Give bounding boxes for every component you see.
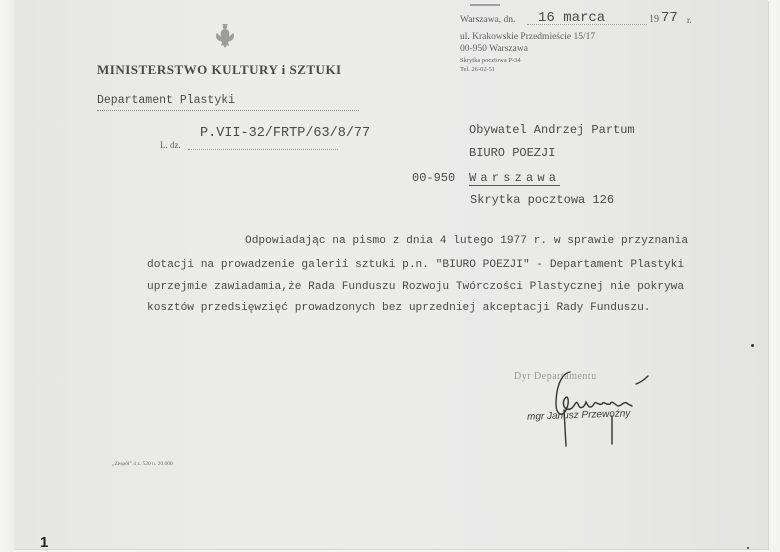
sender-city: 00-950 Warszawa	[460, 44, 528, 54]
date-year-suffix: r.	[687, 15, 692, 25]
scan-speck	[751, 344, 754, 347]
body-line: dotacji na prowadzenie galerii sztuki p.…	[147, 259, 684, 271]
body-line: kosztów przedsięwzięć prowadzonych bez u…	[147, 302, 651, 314]
sender-po-box: Skrytka pocztowa P-34	[460, 57, 521, 64]
recipient-postal-code: 00-950	[412, 171, 455, 185]
body-line: Odpowiadając na pismo z dnia 4 lutego 19…	[245, 235, 688, 247]
department-underline	[97, 110, 359, 111]
recipient-po-box: Skrytka pocztowa 126	[470, 193, 614, 207]
top-edge-mark	[470, 0, 500, 6]
polish-eagle-emblem-icon	[213, 23, 237, 51]
reference-label: L. dz.	[160, 140, 181, 150]
recipient-organization: BIURO POEZJI	[469, 146, 555, 160]
sender-street: ul. Krakowskie Przedmieście 15/17	[460, 32, 595, 42]
date-prefix: Warszawa, dn.	[460, 15, 515, 25]
date-year: 77	[661, 10, 678, 26]
page-number: 1	[40, 534, 48, 551]
scan-left-margin	[0, 0, 14, 552]
reference-number: P.VII-32/FRTP/63/8/77	[200, 126, 370, 141]
date-year-prefix: 19	[649, 14, 659, 25]
department-name: Departament Plastyki	[97, 94, 235, 107]
reference-underline	[188, 149, 338, 150]
recipient-name: Obywatel Andrzej Partum	[469, 123, 635, 137]
sender-phone: Tel. 26-02-51	[460, 66, 495, 73]
ministry-name: MINISTERSTWO KULTURY i SZTUKI	[97, 62, 342, 78]
scan-speck	[747, 547, 749, 549]
body-line: uprzejmie zawiadamia,że Rada Funduszu Ro…	[147, 281, 684, 293]
date-day-month: 16 marca	[538, 10, 605, 26]
recipient-city: Warszawa	[469, 171, 560, 186]
print-note: „Zespół” 4 z. 520 n. 20.000	[112, 461, 173, 467]
